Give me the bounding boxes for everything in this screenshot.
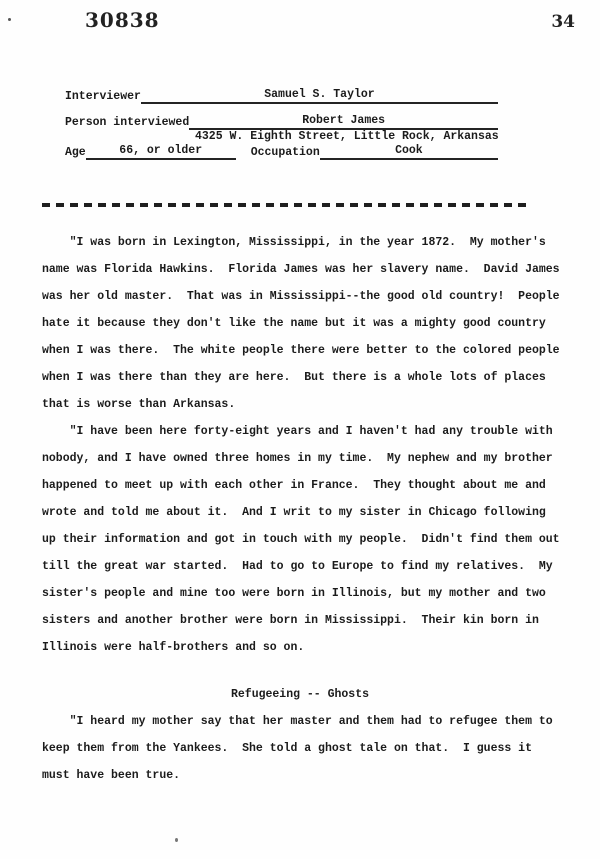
section-heading-refugeeing-ghosts: Refugeeing -- Ghosts (42, 681, 558, 708)
interview-form: Interviewer Samuel S. Taylor Person inte… (65, 88, 498, 160)
person-interviewed-label: Person interviewed (65, 116, 189, 130)
page-header: 30838 34 (0, 0, 600, 32)
address-value: 4325 W. Eighth Street, Little Rock, Arka… (65, 130, 498, 144)
person-interviewed-value: Robert James (189, 114, 498, 130)
page-number: 34 (551, 12, 575, 32)
age-label: Age (65, 146, 86, 160)
interviewer-label: Interviewer (65, 90, 141, 104)
scan-speck (175, 838, 178, 842)
interviewer-value: Samuel S. Taylor (141, 88, 498, 104)
scan-speck (8, 18, 11, 21)
paragraph-arkansas-and-relatives: "I have been here forty-eight years and … (42, 418, 558, 661)
age-occupation-row: Age 66, or older Occupation Cook (65, 144, 498, 160)
interviewer-row: Interviewer Samuel S. Taylor (65, 88, 498, 104)
document-page: 30838 34 Interviewer Samuel S. Taylor Pe… (0, 0, 600, 859)
document-number: 30838 (85, 8, 160, 32)
person-interviewed-row: Person interviewed Robert James (65, 114, 498, 130)
paragraph-birth-and-mississippi: "I was born in Lexington, Mississippi, i… (42, 229, 558, 418)
age-value: 66, or older (86, 144, 236, 160)
paragraph-refugee-ghost-tale: "I heard my mother say that her master a… (42, 708, 558, 789)
occupation-value: Cook (320, 144, 498, 160)
narrative-body: "I was born in Lexington, Mississippi, i… (42, 229, 558, 789)
dashed-divider-line (42, 203, 532, 207)
occupation-label: Occupation (251, 146, 320, 160)
